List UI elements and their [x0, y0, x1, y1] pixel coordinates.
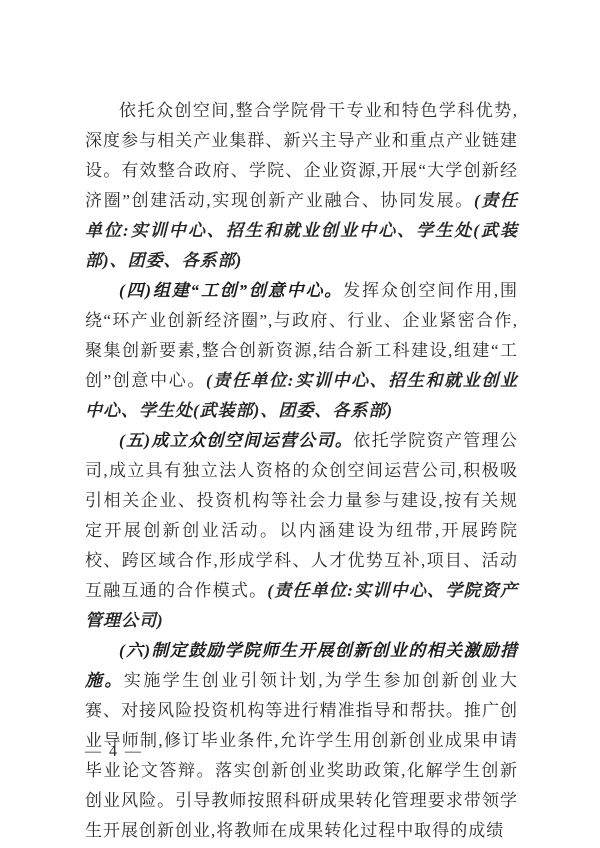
paragraph-text: 依托学院资产管理公司,成立具有独立法人资格的众创空间运营公司,积极吸引相关企业、… — [85, 431, 518, 600]
paragraph: (六)制定鼓励学院师生开展创新创业的相关激励措施。实施学生创业引领计划,为学生参… — [85, 636, 518, 846]
document-body: 依托众创空间,整合学院骨干专业和特色学科优势,深度参与相关产业集群、新兴主导产业… — [85, 96, 518, 846]
paragraph-text: 实施学生创业引领计划,为学生参加创新创业大赛、对接风险投资机构等进行精准指导和帮… — [85, 671, 518, 840]
paragraph-text: 依托众创空间,整合学院骨干专业和特色学科优势,深度参与相关产业集群、新兴主导产业… — [85, 101, 518, 210]
paragraph: 依托众创空间,整合学院骨干专业和特色学科优势,深度参与相关产业集群、新兴主导产业… — [85, 96, 518, 276]
paragraph: (四)组建“工创”创意中心。发挥众创空间作用,围绕“环产业创新经济圈”,与政府、… — [85, 276, 518, 426]
document-page: 依托众创空间,整合学院骨干专业和特色学科优势,深度参与相关产业集群、新兴主导产业… — [0, 0, 600, 848]
section-heading: (五)成立众创空间运营公司。 — [119, 431, 353, 450]
paragraph: (五)成立众创空间运营公司。依托学院资产管理公司,成立具有独立法人资格的众创空间… — [85, 426, 518, 636]
section-heading: (四)组建“工创”创意中心。 — [119, 281, 343, 300]
page-number: — 4 — — [85, 742, 143, 762]
